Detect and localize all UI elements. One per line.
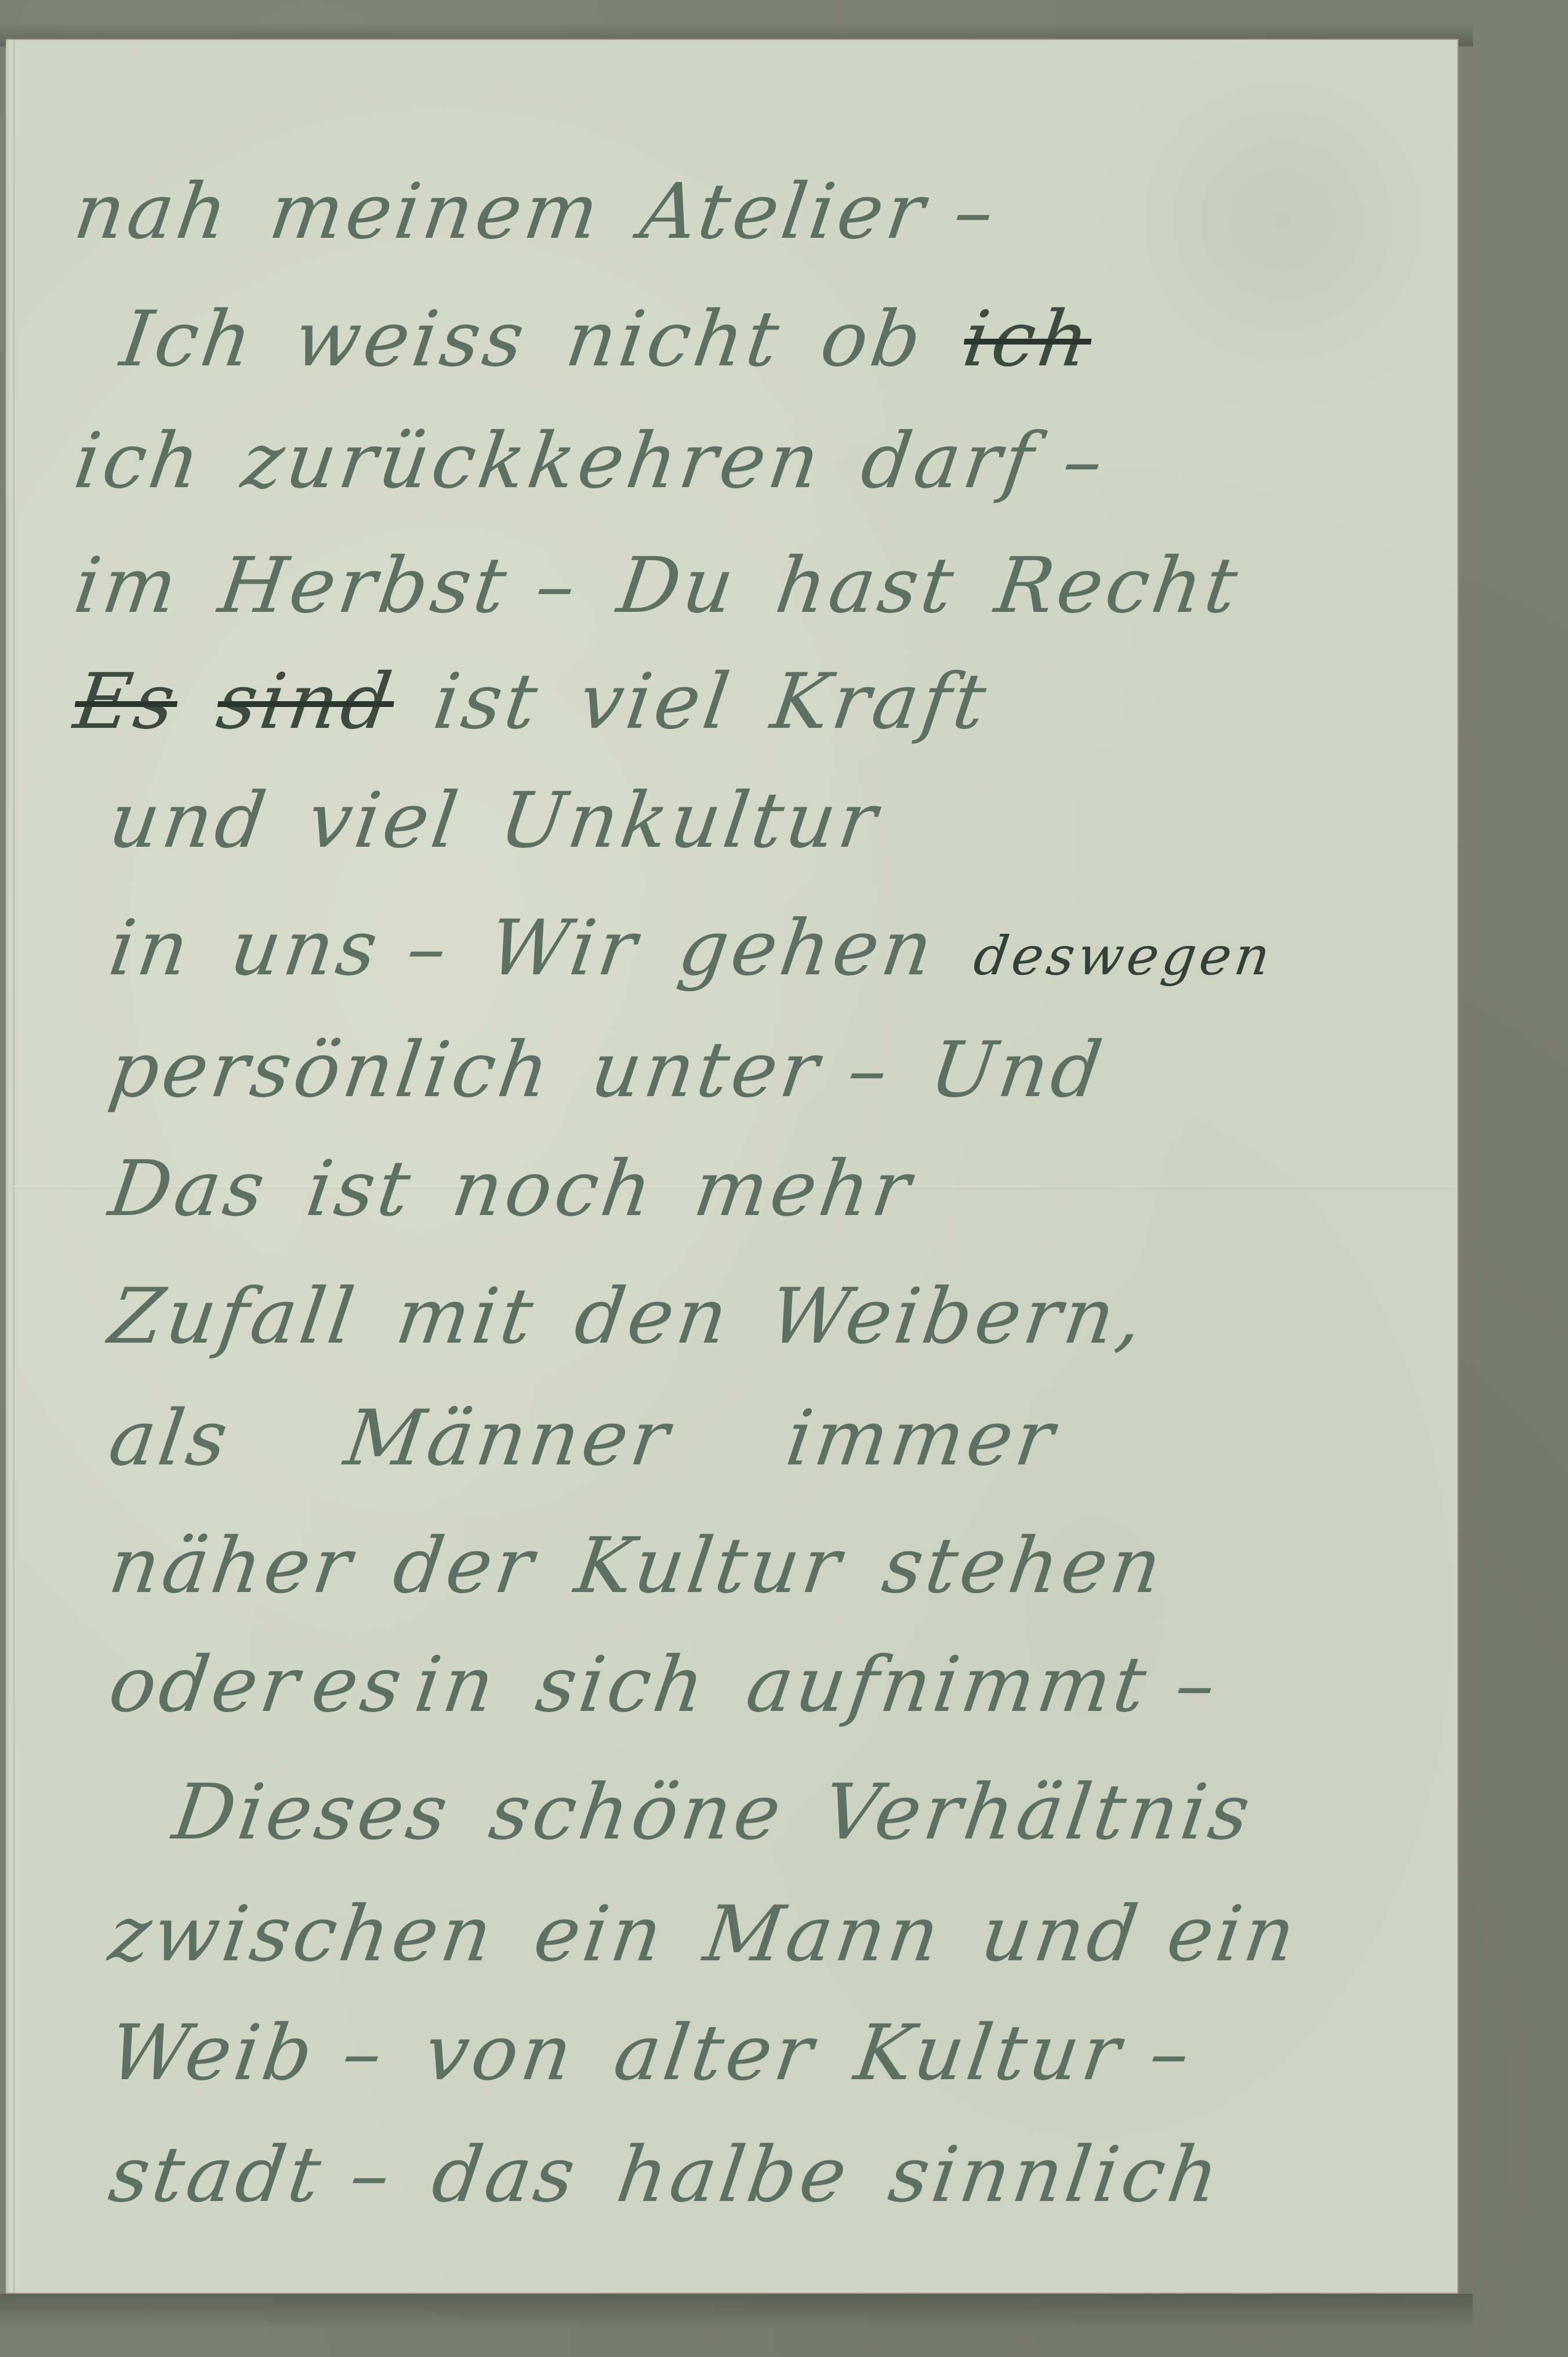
word: ob [815, 295, 930, 384]
word: sich [531, 1640, 713, 1729]
word: alter [609, 2008, 822, 2098]
word: oder [104, 1640, 307, 1729]
word: unter – [586, 1025, 897, 1115]
word: Du [612, 541, 743, 630]
word: stadt – [104, 2130, 399, 2220]
handwritten-line-4: imHerbst –DuhastRecht [70, 547, 1286, 624]
word: Kultur – [850, 2008, 1199, 2098]
word: Atelier – [636, 167, 1003, 256]
word: nah [69, 167, 236, 256]
word: Wir [484, 904, 645, 993]
word: darf – [856, 416, 1112, 506]
word: sinnlich [884, 2130, 1228, 2220]
word: zwischen [104, 1890, 500, 1979]
word: Verhältnis [818, 1768, 1258, 1857]
word: weiss [289, 295, 532, 384]
word: näher [104, 1521, 360, 1611]
word: schöne [484, 1768, 790, 1857]
handwritten-line-8: persönlichunter –Und [105, 1032, 1150, 1108]
handwritten-line-7: inuns –Wirgehendeswegen [105, 910, 1320, 987]
word: mehr [689, 1144, 919, 1234]
word: aufnimmt – [741, 1640, 1224, 1729]
handwritten-line-3: ichzurückkehrendarf – [70, 423, 1152, 499]
word: ein [529, 1890, 671, 1979]
word: ist [429, 657, 546, 746]
word: und ein [976, 1890, 1304, 1979]
handwritten-line-15: zwischeneinMannund ein [105, 1896, 1344, 1972]
word: Mann [699, 1890, 948, 1979]
word: ich [69, 416, 209, 506]
page-fold-spine [6, 40, 14, 2293]
handwritten-line-6: undvielUnkultur [105, 782, 925, 859]
handwritten-line-11: alsMännerimmer [105, 1400, 1102, 1477]
word: Kultur [570, 1521, 850, 1611]
word: es [306, 1640, 411, 1729]
struck-word: sind [212, 657, 400, 746]
word: Ich [115, 295, 261, 384]
word: der [388, 1521, 542, 1611]
handwritten-line-17: stadt –dashalbesinnlich [105, 2137, 1267, 2213]
word: deswegen [970, 925, 1277, 987]
word: stehen [877, 1521, 1170, 1611]
word: Weib – [104, 2008, 391, 2098]
word: zurückkehren [237, 416, 828, 506]
word: Weibern, [764, 1272, 1152, 1361]
word: von [419, 2008, 581, 2098]
word: und [104, 776, 274, 865]
handwritten-line-10: ZufallmitdenWeibern, [105, 1278, 1191, 1355]
word: viel [574, 657, 738, 746]
word: Zufall [104, 1272, 362, 1361]
handwritten-line-16: Weib –vonalterKultur – [105, 2015, 1239, 2091]
word: viel [303, 776, 467, 865]
word: Herbst – [214, 541, 585, 630]
mat-shadow-bottom [0, 2294, 1473, 2329]
word: Recht [990, 541, 1246, 630]
handwritten-line-9: Dasistnochmehr [105, 1151, 959, 1227]
word: im [69, 541, 186, 630]
word: mit [391, 1272, 542, 1361]
word: in [409, 1640, 503, 1729]
word: nicht [561, 295, 787, 384]
word: meinem [264, 167, 607, 256]
word: als [104, 1394, 236, 1483]
word: den [569, 1272, 736, 1361]
word: Männer [340, 1394, 678, 1483]
word: noch [447, 1144, 660, 1234]
handwritten-line-12: näherderKulturstehen [105, 1528, 1210, 1604]
handwritten-line-14: DiesesschöneVerhältnis [169, 1774, 1298, 1851]
word: Kraft [766, 657, 994, 746]
letter-page: nahmeinemAtelier – Ichweissnichtobich ic… [6, 39, 1458, 2294]
word: persönlich [104, 1025, 558, 1115]
word: Dieses [168, 1768, 456, 1857]
struck-word: ich [958, 295, 1098, 384]
word: immer [781, 1394, 1062, 1483]
word: Und [925, 1025, 1110, 1115]
word: Das [104, 1144, 273, 1234]
word: das [427, 2130, 584, 2220]
struck-word: Es [69, 657, 184, 746]
word: halbe [612, 2130, 855, 2220]
handwritten-line-5: EssindistvielKraft [70, 663, 1035, 740]
handwritten-line-13: oderesinsichaufnimmt – [105, 1647, 1264, 1723]
handwritten-line-2: Ichweissnichtobich [117, 301, 1138, 378]
handwritten-line-1: nahmeinemAtelier – [70, 173, 1043, 250]
word: uns – [225, 904, 455, 993]
word: ist [301, 1144, 419, 1234]
word: Unkultur [495, 776, 885, 865]
word: gehen [673, 904, 941, 993]
word: in [104, 904, 197, 993]
word: hast [771, 541, 962, 630]
